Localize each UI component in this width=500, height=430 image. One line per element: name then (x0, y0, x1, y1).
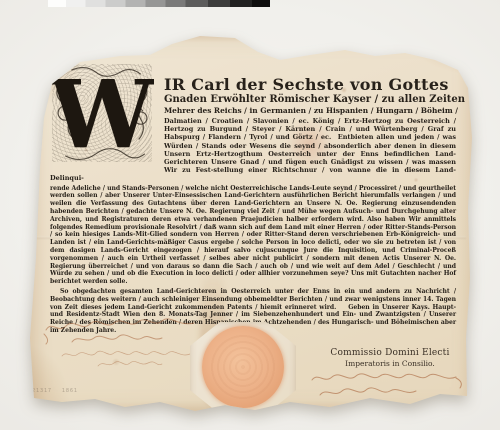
body-paragraph-1: rende Adeliche / und Stands-Personen / w… (50, 185, 456, 286)
pencil-note-right: 1861 (62, 388, 78, 394)
photo-of-historical-document: W IR Carl der Sechste von Gottes Gnaden … (0, 0, 500, 430)
commissio-caption: Commissio Domini Electi Imperatoris in C… (314, 348, 466, 368)
pencil-inventory-note: 213171861 (32, 388, 88, 394)
ornate-initial-W: W (50, 62, 154, 164)
drop-cap-letter: W (50, 62, 154, 164)
wax-seal-impression (202, 326, 284, 408)
commissio-line-2: Imperatoris in Consilio. (314, 359, 466, 368)
pencil-note-left: 21317 (32, 388, 52, 394)
document-paper: W IR Carl der Sechste von Gottes Gnaden … (24, 30, 480, 418)
printed-text-block: W IR Carl der Sechste von Gottes Gnaden … (50, 60, 456, 335)
grayscale-calibration-strip (48, 0, 270, 7)
paper-covered-wax-seal (190, 322, 296, 414)
document-paper-wrapper: W IR Carl der Sechste von Gottes Gnaden … (24, 30, 480, 418)
commissio-line-1: Commissio Domini Electi (314, 348, 466, 358)
handwritten-countersignature (306, 368, 472, 410)
handwritten-signature-primary (42, 314, 207, 348)
initial-W-woodcut: W (50, 62, 154, 164)
